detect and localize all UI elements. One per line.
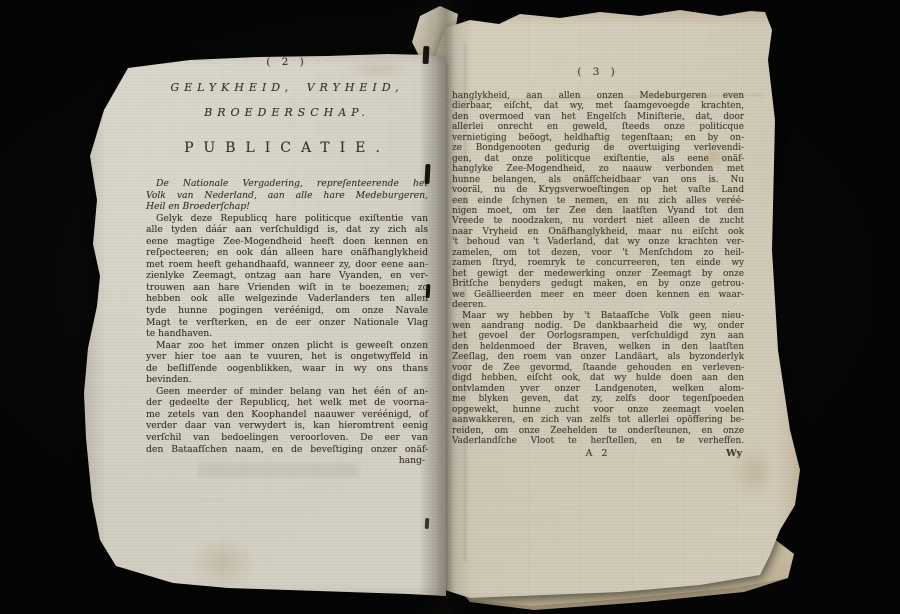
text-line: we Geällieerden meer en meer doen kennen…	[452, 290, 744, 300]
page-footer: A 2 Wy	[452, 448, 744, 459]
paragraph: Gelyk deze Republicq hare politicque exi…	[146, 213, 428, 340]
text-line: digd hebben, eiſcht ook, dat wy hulde do…	[452, 373, 744, 383]
text-line: der gedeelte der Republicq, het welk met…	[146, 397, 428, 409]
text-line: zamen ſtryd, roemryk te concurreeren, te…	[452, 258, 744, 268]
text-line: te handhaven.	[146, 328, 428, 340]
text-line: reiden, om onze Zeehelden te onderſteune…	[452, 426, 744, 436]
text-line: zienlyke Zeemagt, ontzag aan hare Vyande…	[146, 270, 428, 282]
catchword: hang-	[146, 455, 428, 467]
paragraph: Maar wy hebben by 't Bataafſche Volk gee…	[452, 311, 744, 447]
text-line: voor de Zee gevormd, ſtaande gehouden en…	[452, 363, 744, 373]
right-page: ( 3 ) hanglykheid, aan allen onzen Medeb…	[424, 2, 806, 612]
motto-line: GELYKHEID, VRYHEID,	[146, 81, 428, 94]
paragraph: hanglykheid, aan allen onzen Medeburgere…	[452, 91, 744, 311]
text-line: hanglykheid, aan allen onzen Medeburgere…	[452, 91, 744, 101]
text-line: dierbaar, eiſcht, dat wy, met ſaamgevoeg…	[452, 101, 744, 111]
publication-title: PUBLICATIE.	[146, 140, 428, 156]
page-number: ( 3 )	[452, 66, 744, 78]
text-line: me blyken geven, dat zy, zelfs door tege…	[452, 394, 744, 404]
text-line: Britſche benyders gedugt maken, en by on…	[452, 279, 744, 289]
text-line: den Bataafſchen naam, en de beveſtiging …	[146, 444, 428, 456]
text-line: alle tyden dáár aan verſchuldigd is, dat…	[146, 224, 428, 236]
text-line: me zetels van den Koophandel naauwer ver…	[146, 409, 428, 421]
text-line: den heldenmoed der Braven, welken in den…	[452, 342, 744, 352]
text-line: trouwen aan hare Vrienden wiſt in te boe…	[146, 282, 428, 294]
text-line: vernietiging beöogt, heldhaftig tegenſta…	[452, 133, 744, 143]
text-line: hunne belangen, als onäfſcheidbaar van o…	[452, 175, 744, 185]
text-line: Gelyk deze Republicq hare politicque exi…	[146, 213, 428, 225]
text-line: naar Vryheid en Onäfhanglykheid, maar nu…	[452, 227, 744, 237]
text-line: Heil en Broederſchap!	[146, 201, 428, 213]
text-line: De Nationale Vergadering, repreſenteeren…	[146, 178, 428, 190]
catchword: Wy	[726, 448, 742, 459]
paragraph: Maar zoo het immer onzen plicht is gewee…	[146, 340, 428, 386]
text-line: nigen moet, om ter Zee den laatſten Vyan…	[452, 206, 744, 216]
page-number: ( 2 )	[146, 56, 428, 68]
left-page: ( 2 ) GELYKHEID, VRYHEID, BROEDERSCHAP. …	[78, 48, 446, 608]
text-line: yver hier toe aan te vuuren, het is onge…	[146, 351, 428, 363]
text-line: Magt te verſterken, en de eer onzer Nati…	[146, 317, 428, 329]
text-line: opgewekt, hunne zucht voor onze zeemagt …	[452, 405, 744, 415]
text-line: het gevoel der Oorlogsrampen, verſchuldi…	[452, 331, 744, 341]
text-line: deeren.	[452, 300, 744, 310]
photo-backdrop: ( 3 ) hanglykheid, aan allen onzen Medeb…	[0, 0, 900, 614]
text-line: Maar zoo het immer onzen plicht is gewee…	[146, 340, 428, 352]
text-line: eene magtige Zee-Mogendheid heeft doen k…	[146, 236, 428, 248]
body-text: De Nationale Vergadering, repreſenteeren…	[146, 178, 428, 455]
text-line: Vaderlandſche Vloot te herſtellen, en te…	[452, 436, 744, 446]
text-line: gen, dat onze politicque exiſtentie, als…	[452, 154, 744, 164]
text-line: ontvlamden yver onzer Landgenoten, welke…	[452, 384, 744, 394]
text-line: Vreede te noodzaken, nu vordert niet all…	[452, 216, 744, 226]
text-line: tyde hunne pogingen veréénigd, om onze N…	[146, 305, 428, 317]
body-text: hanglykheid, aan allen onzen Medeburgere…	[452, 91, 744, 446]
text-line: het gewigt der medewerking onzer Zeemagt…	[452, 269, 744, 279]
text-line: hebben ook alle welgezinde Vaderlanders …	[146, 293, 428, 305]
text-line: zamelen, om tot dezen, voor 't Menſchdom…	[452, 248, 744, 258]
text-line: verder daar van verwydert is, kan hierom…	[146, 420, 428, 432]
paragraph: Geen meerder of minder belang van het éé…	[146, 386, 428, 455]
text-line: vooräl, nu de Krygsverwoeſtingen op het …	[452, 185, 744, 195]
text-line: aanwakkeren, en zich van zelfs tot aller…	[452, 415, 744, 425]
text-line: Zeeſlag, den roem van onzer Landäart, al…	[452, 352, 744, 362]
text-line: den overmoed van het Engelſch Miniſterie…	[452, 112, 744, 122]
text-line: met roem heeft gehandhaafd, wanneer zy, …	[146, 259, 428, 271]
text-line: ze Bondgenooten gedurig de overtuiging v…	[452, 143, 744, 153]
left-page-text: ( 2 ) GELYKHEID, VRYHEID, BROEDERSCHAP. …	[146, 56, 428, 467]
paper-stain	[178, 528, 268, 598]
motto-line: BROEDERSCHAP.	[146, 106, 428, 119]
text-line: wen aandrang nodig. De dankbaarheid die …	[452, 321, 744, 331]
text-line: de beſliſſende oogenblikken, waar in wy …	[146, 363, 428, 375]
right-page-text: ( 3 ) hanglykheid, aan allen onzen Medeb…	[452, 66, 744, 459]
text-line: bevinden.	[146, 374, 428, 386]
signature-mark: A 2	[452, 448, 744, 459]
text-line: een einde ſchynen te nemen, en nu zich a…	[452, 196, 744, 206]
paragraph: De Nationale Vergadering, repreſenteeren…	[146, 178, 428, 213]
text-line: hanglyke Zee-Mogendheid, zo naauw verbon…	[452, 164, 744, 174]
text-line: allerlei onrecht en geweld, ſteeds onze …	[452, 122, 744, 132]
text-line: reſpecteeren; en ook dán alleen hare onä…	[146, 247, 428, 259]
text-line: verſchil van bedoelingen veroorloven. De…	[146, 432, 428, 444]
text-line: Volk van Nederland, aan alle hare Medebu…	[146, 190, 428, 202]
text-line: 't behoud van 't Vaderland, dat wy onze …	[452, 237, 744, 247]
text-line: Geen meerder of minder belang van het éé…	[146, 386, 428, 398]
text-line: Maar wy hebben by 't Bataafſche Volk gee…	[452, 311, 744, 321]
